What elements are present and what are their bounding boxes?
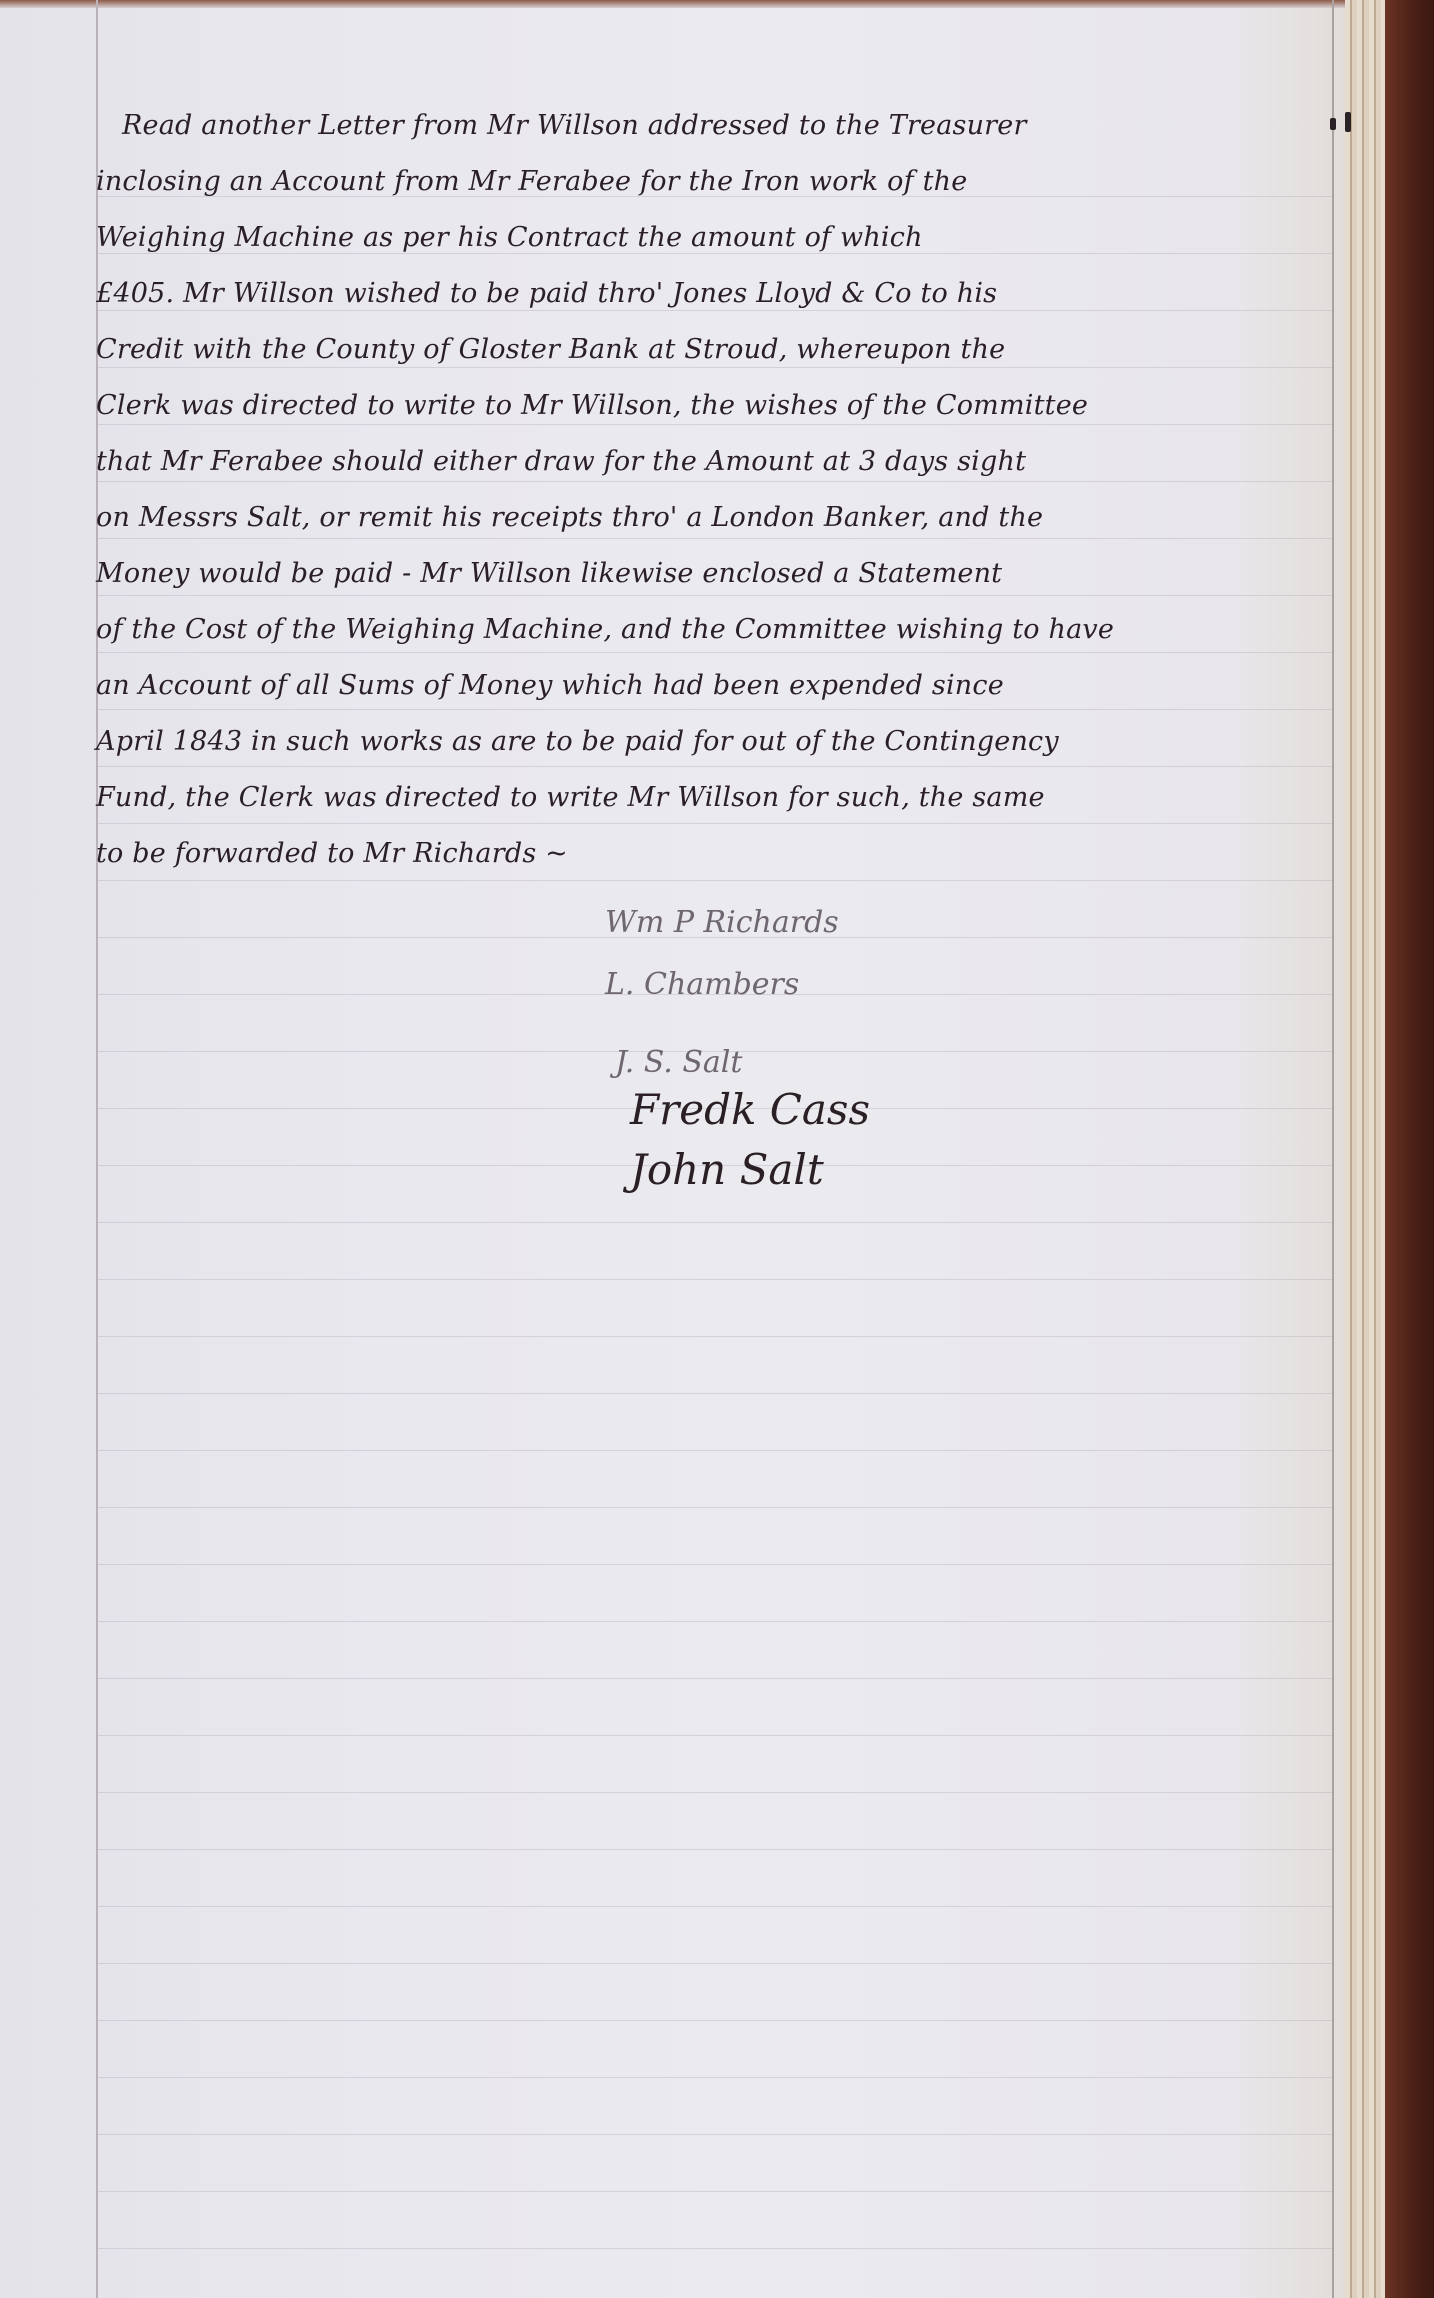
ink-mark: [1345, 112, 1351, 132]
signature: L. Chambers: [605, 967, 799, 1002]
text-line: Credit with the County of Gloster Bank a…: [96, 322, 1346, 378]
ink-mark: [1330, 118, 1336, 130]
signature: Fredk Cass: [630, 1085, 870, 1134]
text-line: Fund, the Clerk was directed to write Mr…: [96, 770, 1346, 826]
text-line: to be forwarded to Mr Richards ~: [96, 826, 1346, 882]
page-stack-edge: [1345, 0, 1385, 2298]
text-line: that Mr Ferabee should either draw for t…: [96, 434, 1346, 490]
text-line: of the Cost of the Weighing Machine, and…: [96, 602, 1346, 658]
text-line: Read another Letter from Mr Willson addr…: [96, 98, 1346, 154]
text-line: April 1843 in such works as are to be pa…: [96, 714, 1346, 770]
text-line: Weighing Machine as per his Contract the…: [96, 210, 1346, 266]
signature: John Salt: [630, 1145, 824, 1194]
text-line: £405. Mr Willson wished to be paid thro'…: [96, 266, 1346, 322]
signature: J. S. Salt: [615, 1045, 742, 1080]
book-cover: [1385, 0, 1434, 2298]
ledger-page: Read another Letter from Mr Willson addr…: [0, 0, 1345, 2298]
text-line: Money would be paid - Mr Willson likewis…: [96, 546, 1346, 602]
text-line: inclosing an Account from Mr Ferabee for…: [96, 154, 1346, 210]
page-top-edge: [0, 0, 1345, 8]
signature: Wm P Richards: [605, 905, 839, 940]
text-line: Clerk was directed to write to Mr Willso…: [96, 378, 1346, 434]
text-line: on Messrs Salt, or remit his receipts th…: [96, 490, 1346, 546]
minute-entry: Read another Letter from Mr Willson addr…: [96, 98, 1346, 882]
text-line: an Account of all Sums of Money which ha…: [96, 658, 1346, 714]
